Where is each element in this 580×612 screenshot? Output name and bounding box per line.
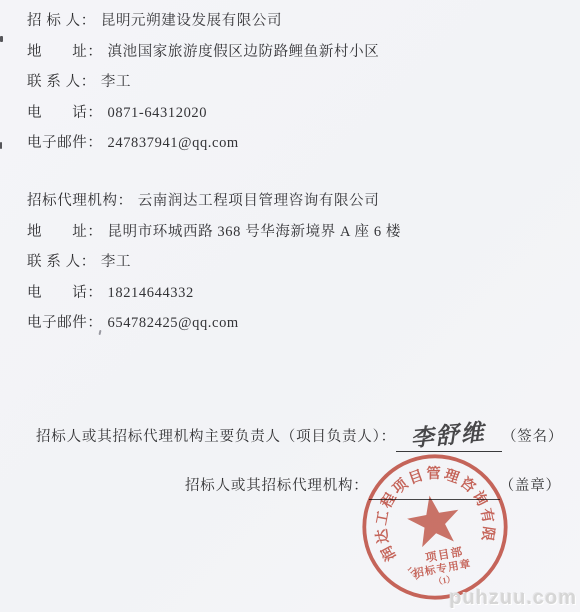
tenderer-info-block: 招 标 人：昆明元朔建设发展有限公司 地 址：滇池国家旅游度假区边防路鲤鱼新村小…	[27, 6, 379, 159]
tenderer-row-phone: 电 话：0871-64312020	[27, 98, 379, 129]
agency-email-label: 电子邮件：	[27, 315, 103, 331]
scan-artifact	[0, 142, 2, 149]
agency-row-contact: 联 系 人：李工	[27, 247, 401, 278]
agency-address-label: 地 址：	[27, 224, 103, 240]
agency-row-address: 地 址：昆明市环城西路 368 号华海新境界 A 座 6 楼	[27, 217, 401, 248]
site-watermark: puhzuu.com	[449, 587, 577, 610]
agency-contact-value: 李工	[96, 254, 131, 270]
agency-name-label: 招标代理机构：	[27, 193, 133, 209]
agency-row-email: 电子邮件：654782425@qq.com	[27, 308, 401, 339]
tenderer-row-name: 招 标 人：昆明元朔建设发展有限公司	[27, 6, 379, 37]
tenderer-email-label: 电子邮件：	[27, 135, 103, 151]
tenderer-contact-value: 李工	[96, 74, 131, 90]
tenderer-phone-label: 电 话：	[27, 105, 103, 121]
document-page: 招 标 人：昆明元朔建设发展有限公司 地 址：滇池国家旅游度假区边防路鲤鱼新村小…	[0, 0, 580, 612]
tenderer-row-address: 地 址：滇池国家旅游度假区边防路鲤鱼新村小区	[27, 37, 379, 68]
scan-artifact	[0, 36, 3, 42]
agency-phone-label: 电 话：	[27, 285, 103, 301]
tenderer-email-value: 247837941@qq.com	[103, 135, 239, 151]
tenderer-name-value: 昆明元朔建设发展有限公司	[96, 13, 282, 29]
tenderer-address-label: 地 址：	[27, 44, 103, 60]
tenderer-row-email: 电子邮件：247837941@qq.com	[27, 128, 379, 159]
star-icon	[404, 491, 464, 549]
agency-name-value: 云南润达工程项目管理咨询有限公司	[133, 193, 380, 209]
tenderer-row-contact: 联 系 人：李工	[27, 67, 379, 98]
stamp-label: 招标人或其招标代理机构：	[185, 478, 369, 494]
principal-label: 招标人或其招标代理机构主要负责人（项目负责人）：	[36, 429, 396, 445]
tenderer-name-label: 招 标 人：	[27, 13, 96, 29]
stamp-suffix-label: （盖章）	[500, 478, 561, 494]
agency-email-value: 654782425@qq.com	[103, 315, 239, 331]
tenderer-address-value: 滇池国家旅游度假区边防路鲤鱼新村小区	[103, 44, 380, 60]
agency-info-block: 招标代理机构：云南润达工程项目管理咨询有限公司 地 址：昆明市环城西路 368 …	[27, 186, 401, 339]
sign-suffix-label: （签名）	[502, 429, 563, 445]
agency-address-value: 昆明市环城西路 368 号华海新境界 A 座 6 楼	[103, 224, 402, 240]
agency-row-phone: 电 话：18214644332	[27, 278, 401, 309]
tenderer-phone-value: 0871-64312020	[103, 105, 208, 121]
agency-row-name: 招标代理机构：云南润达工程项目管理咨询有限公司	[27, 186, 401, 217]
agency-phone-value: 18214644332	[103, 285, 194, 301]
agency-contact-label: 联 系 人：	[27, 254, 96, 270]
tenderer-contact-label: 联 系 人：	[27, 74, 96, 90]
